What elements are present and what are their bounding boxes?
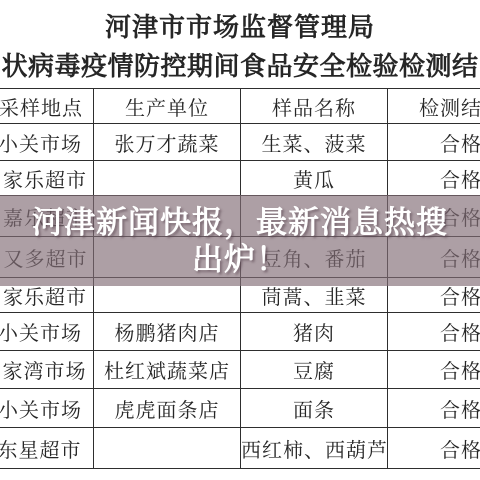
page-subtitle: 状病毒疫情防控期间食品安全检验检测结 (0, 46, 480, 83)
cell-sample: 西红柿、西葫芦 (241, 428, 388, 469)
cell-result: 合格 (388, 428, 480, 469)
column-header-location: 采样地点 (0, 89, 94, 124)
cell-result: 合格 (388, 124, 480, 161)
cell-sample: 面条 (241, 389, 388, 428)
column-header-sample: 样品名称 (241, 89, 388, 124)
news-headline-banner: 河津新闻快报，最新消息热搜 出炉！ (0, 195, 480, 286)
cell-producer: 虎虎面条店 (94, 389, 241, 428)
cell-sample: 猪肉 (241, 313, 388, 351)
table-row: 小关市场 虎虎面条店 面条 合格 (0, 389, 480, 428)
table-row: 家乐超市 黄瓜 合格 (0, 161, 480, 196)
table-row: 家湾市场 杜红斌蔬菜店 豆腐 合格 (0, 351, 480, 389)
column-header-result: 检测结果 (388, 89, 480, 124)
table-row: 小关市场 张万才蔬菜 生菜、菠菜 合格 (0, 124, 480, 161)
cell-location: 小关市场 (0, 313, 94, 351)
page-title: 河津市市场监督管理局 (0, 7, 480, 44)
cell-sample: 豆腐 (241, 351, 388, 389)
cell-sample: 黄瓜 (241, 161, 388, 196)
cell-location: 小关市场 (0, 389, 94, 428)
document-page: 河津市市场监督管理局 状病毒疫情防控期间食品安全检验检测结 采样地点 生产单位 … (0, 0, 480, 480)
cell-location: 东星超市 (0, 428, 94, 469)
cell-result: 合格 (388, 389, 480, 428)
cell-producer: 杨鹏猪肉店 (94, 313, 241, 351)
headline-line1: 河津新闻快报，最新消息热搜 (32, 204, 448, 241)
cell-result: 合格 (388, 313, 480, 351)
table-header-row: 采样地点 生产单位 样品名称 检测结果 (0, 89, 480, 124)
cell-producer (94, 428, 241, 469)
cell-producer (94, 161, 241, 196)
cell-sample: 生菜、菠菜 (241, 124, 388, 161)
cell-result: 合格 (388, 161, 480, 196)
cell-location: 家湾市场 (0, 351, 94, 389)
column-header-producer: 生产单位 (94, 89, 241, 124)
table-row: 小关市场 杨鹏猪肉店 猪肉 合格 (0, 313, 480, 351)
cell-result: 合格 (388, 351, 480, 389)
cell-location: 家乐超市 (0, 161, 94, 196)
cell-producer: 杜红斌蔬菜店 (94, 351, 241, 389)
headline-line2: 出炉！ (192, 241, 288, 278)
cell-location: 小关市场 (0, 124, 94, 161)
table-row: 东星超市 西红柿、西葫芦 合格 (0, 428, 480, 469)
cell-producer: 张万才蔬菜 (94, 124, 241, 161)
